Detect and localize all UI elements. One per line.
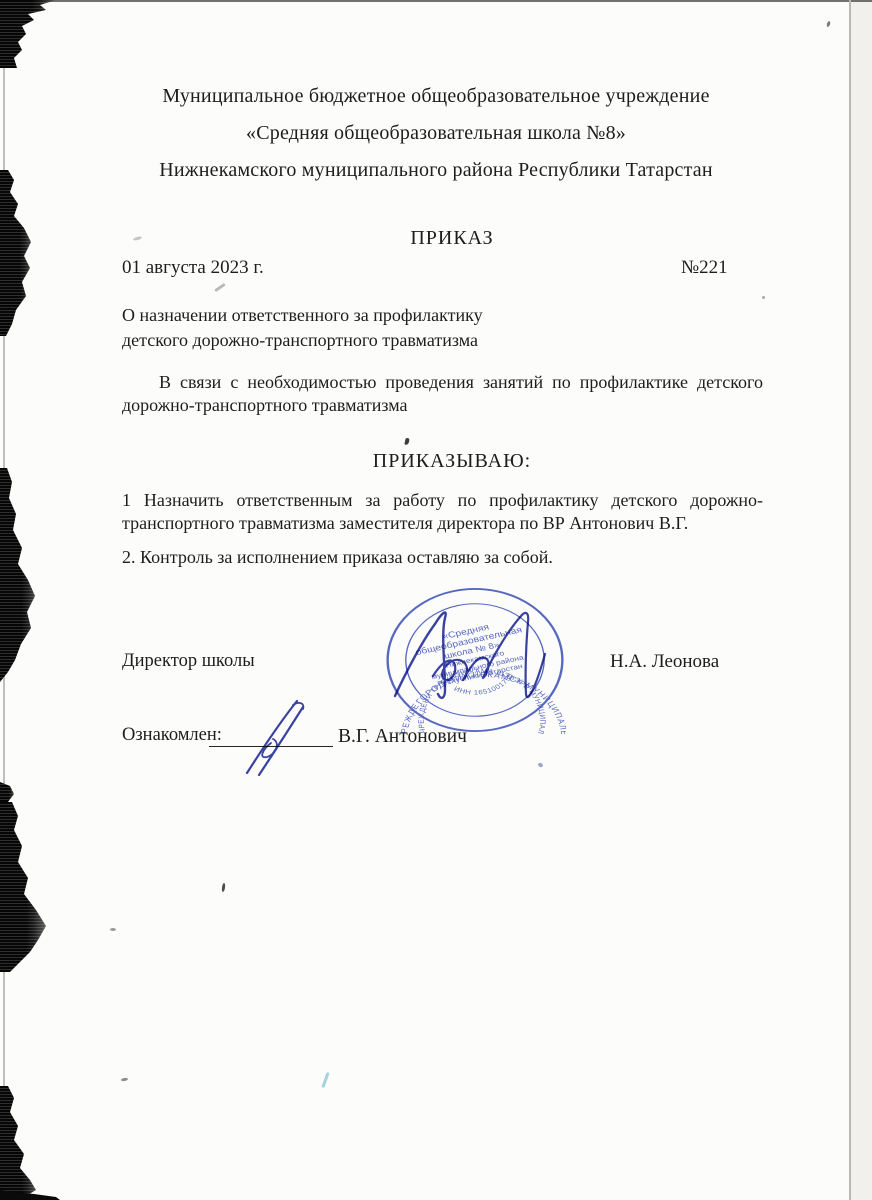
org-header-line-2: «Средняя общеобразовательная школа №8» [0, 115, 872, 152]
noise-speck [404, 438, 409, 446]
order-item-2: 2. Контроль за исполнением приказа остав… [122, 547, 782, 568]
noise-speck [762, 296, 765, 299]
subject-line-1: О назначении ответственного за профилакт… [122, 303, 762, 328]
scan-artifact-blob-top [0, 0, 58, 68]
item-1-line-1: 1 Назначить ответственным за работу по п… [122, 489, 763, 512]
noise-speck-blue [321, 1072, 329, 1088]
acknowledged-handwritten-signature [237, 693, 332, 781]
noise-speck [826, 21, 831, 28]
noise-speck [110, 928, 116, 931]
noise-speck [221, 883, 225, 892]
noise-speck [214, 283, 226, 292]
order-item-1: 1 Назначить ответственным за работу по п… [122, 489, 763, 535]
director-name: Н.А. Леонова [610, 651, 719, 673]
preamble-line-2: дорожно-транспортного травматизма [122, 394, 763, 417]
scan-artifact-blob-bottom [0, 1086, 40, 1200]
director-handwritten-signature [385, 598, 560, 710]
director-label: Директор школы [122, 651, 255, 671]
order-date-row: 01 августа 2023 г. №221 [122, 257, 762, 279]
org-header-line-3: Нижнекамского муниципального района Респ… [0, 152, 872, 189]
order-subject: О назначении ответственного за профилакт… [122, 303, 762, 353]
resolution-heading: ПРИКАЗЫВАЮ: [122, 450, 782, 473]
scan-top-edge-line [0, 0, 872, 2]
order-number: №221 [681, 257, 728, 279]
scan-artifact-blob-middle [0, 468, 40, 682]
scanned-order-document: Муниципальное бюджетное общеобразователь… [0, 0, 872, 1200]
org-header-line-1: Муниципальное бюджетное общеобразователь… [0, 78, 872, 115]
subject-line-2: детского дорожно-транспортного травматиз… [122, 328, 762, 353]
scan-artifact-blob-upper [0, 170, 36, 336]
scan-artifact-blob-small [0, 782, 16, 802]
item-1-line-2: транспортного травматизма заместителя ди… [122, 512, 763, 535]
preamble-line-1: В связи с необходимостью проведения заня… [122, 371, 763, 394]
org-header: Муниципальное бюджетное общеобразователь… [0, 78, 872, 189]
acknowledged-label: Ознакомлен: [122, 725, 222, 745]
order-title: ПРИКАЗ [122, 227, 782, 250]
scan-page-edge-line [849, 0, 851, 1200]
order-preamble: В связи с необходимостью проведения заня… [122, 371, 763, 417]
order-date: 01 августа 2023 г. [122, 257, 264, 278]
noise-speck [121, 1077, 128, 1081]
noise-speck [537, 762, 543, 768]
scan-artifact-blob-lower [0, 802, 48, 972]
